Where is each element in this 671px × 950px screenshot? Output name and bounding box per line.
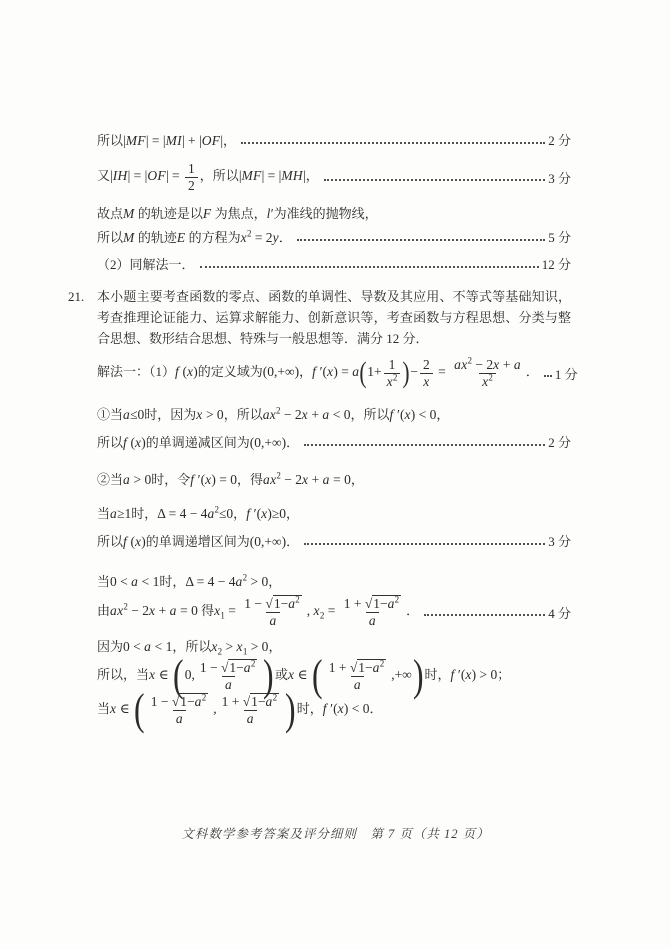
line-text: 所以|MF| = |MI| + |OF|， [97,130,236,149]
dotted-leader [241,140,545,144]
line-text: 所以f (x)的单调递减区间为(0,+∞)． [97,432,299,451]
page-footer: 文科数学参考答案及评分细则 第 7 页（共 12 页） [0,824,671,842]
solution-line: ①当a≤0时，因为x > 0，所以ax2 − 2x + a < 0，所以f ′(… [97,404,571,423]
line-text: 解法一：（1）f (x)的定义域为(0,+∞)，f ′(x) = a(1+1x2… [97,357,539,389]
solution-line: 所以M 的轨迹E 的方程为x2 = 2y． 5 分 [97,227,571,246]
solution-line: 所以f (x)的单调递减区间为(0,+∞)． 2 分 [97,432,571,451]
line-text: ①当a≤0时，因为x > 0，所以ax2 − 2x + a < 0，所以f ′(… [97,404,449,423]
dotted-leader [200,264,539,268]
solution-content: 所以|MF| = |MI| + |OF|， 2 分 又|IH| = |OF| =… [0,0,671,726]
solution-line: 由ax2 − 2x + a = 0 得x1 = 1 − √1−a2a, x2 =… [97,596,571,628]
solution-line: 因为0 < a < 1，所以x2 > x1 > 0， [97,636,571,655]
score-label: 12 分 [542,254,571,273]
line-text: 又|IH| = |OF| = 12，所以|MF| = |MH|， [97,161,319,193]
dotted-leader [304,442,545,446]
solution-line: 当x ∈ (1 − √1−a2a,1 + √1−a2a)时，f ′(x) < 0… [97,694,571,726]
dotted-leader [424,612,545,616]
question-number: 21. [68,286,97,349]
solution-line: 故点M 的轨迹是以F 为焦点，l′为准线的抛物线， [97,203,571,222]
score-label: 4 分 [548,603,571,622]
page-footer-text: 文科数学参考答案及评分细则 第 7 页（共 12 页） [181,827,489,841]
line-text: 当0 < a < 1时，Δ = 4 − 4a2 > 0， [97,571,281,590]
solution-line: 当0 < a < 1时，Δ = 4 − 4a2 > 0， [97,571,571,590]
solution-line: 所以f (x)的单调递增区间为(0,+∞)． 3 分 [97,531,571,550]
line-text: 当x ∈ (1 − √1−a2a,1 + √1−a2a)时，f ′(x) < 0… [97,694,383,726]
solution-line: 当a≥1时，Δ = 4 − 4a2≤0，f ′(x)≥0， [97,503,571,522]
solution-line: 解法一：（1）f (x)的定义域为(0,+∞)，f ′(x) = a(1+1x2… [97,357,571,389]
answer-sheet-page: 所以|MF| = |MI| + |OF|， 2 分 又|IH| = |OF| =… [0,0,671,950]
solution-line: ②当a > 0时，令f ′(x) = 0，得ax2 − 2x + a = 0， [97,469,571,488]
line-text: 当a≥1时，Δ = 4 − 4a2≤0，f ′(x)≥0， [97,503,299,522]
line-text: 所以，当x ∈ (0,1 − √1−a2a)或x ∈ (1 + √1−a2a,+… [97,660,510,692]
line-text: 所以M 的轨迹E 的方程为x2 = 2y． [97,227,292,246]
dotted-leader [297,237,545,241]
solution-line: 又|IH| = |OF| = 12，所以|MF| = |MH|， 3 分 [97,161,571,193]
dotted-leader [544,373,552,377]
line-text: 由ax2 − 2x + a = 0 得x1 = 1 − √1−a2a, x2 =… [97,596,419,628]
line-text: 故点M 的轨迹是以F 为焦点，l′为准线的抛物线， [97,203,378,222]
line-text: 所以f (x)的单调递增区间为(0,+∞)． [97,531,299,550]
line-text: 因为0 < a < 1，所以x2 > x1 > 0， [97,636,281,655]
solution-line: 所以，当x ∈ (0,1 − √1−a2a)或x ∈ (1 + √1−a2a,+… [97,660,571,692]
score-label: 1 分 [555,364,578,383]
score-label: 3 分 [548,531,571,550]
line-text: ②当a > 0时，令f ′(x) = 0，得ax2 − 2x + a = 0， [97,469,364,488]
score-label: 5 分 [548,227,571,246]
line-text: （2）同解法一． [97,254,195,273]
question-21-intro: 21. 本小题主要考查函数的零点、函数的单调性、导数及其应用、不等式等基础知识，… [68,286,571,349]
score-label: 3 分 [548,168,571,187]
question-text: 本小题主要考查函数的零点、函数的单调性、导数及其应用、不等式等基础知识，考查推理… [97,286,571,349]
score-label: 2 分 [548,432,571,451]
dotted-leader [324,177,546,181]
dotted-leader [304,541,545,545]
solution-line: （2）同解法一． 12 分 [97,254,571,273]
solution-line: 所以|MF| = |MI| + |OF|， 2 分 [97,130,571,149]
score-label: 2 分 [548,130,571,149]
